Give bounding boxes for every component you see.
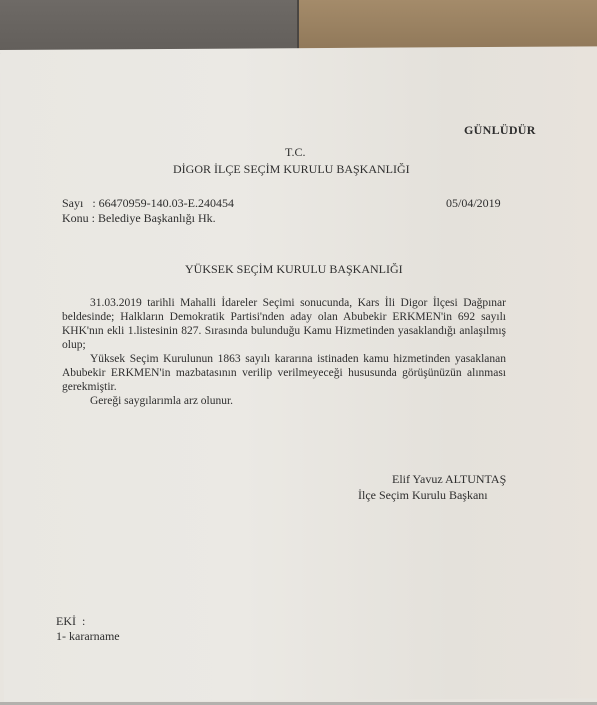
attachment-item: 1- kararname	[56, 629, 120, 643]
background-divider	[297, 0, 299, 54]
subject: Konu : Belediye Başkanlığı Hk.	[62, 211, 216, 225]
letter-body: 31.03.2019 tarihli Mahalli İdareler Seçi…	[62, 296, 506, 408]
attachments-label: EKİ :	[56, 614, 85, 628]
signatory-name: Elif Yavuz ALTUNTAŞ	[392, 472, 506, 486]
body-paragraph: Yüksek Seçim Kurulunun 1863 sayılı karar…	[62, 352, 506, 394]
header-institution: DİGOR İLÇE SEÇİM KURULU BAŞKANLIĞI	[173, 162, 410, 176]
stamp-gunludur: GÜNLÜDÜR	[464, 123, 536, 137]
header-tc: T.C.	[285, 145, 305, 159]
body-paragraph: 31.03.2019 tarihli Mahalli İdareler Seçi…	[62, 296, 506, 352]
document-date: 05/04/2019	[446, 196, 501, 210]
addressee: YÜKSEK SEÇİM KURULU BAŞKANLIĞI	[185, 262, 403, 276]
reference-number: Sayı : 66470959-140.03-E.240454	[62, 196, 234, 210]
signatory-title: İlçe Seçim Kurulu Başkanı	[358, 488, 488, 502]
closing-line: Gereği saygılarımla arz olunur.	[62, 394, 506, 408]
background-surface-grey	[0, 0, 298, 54]
